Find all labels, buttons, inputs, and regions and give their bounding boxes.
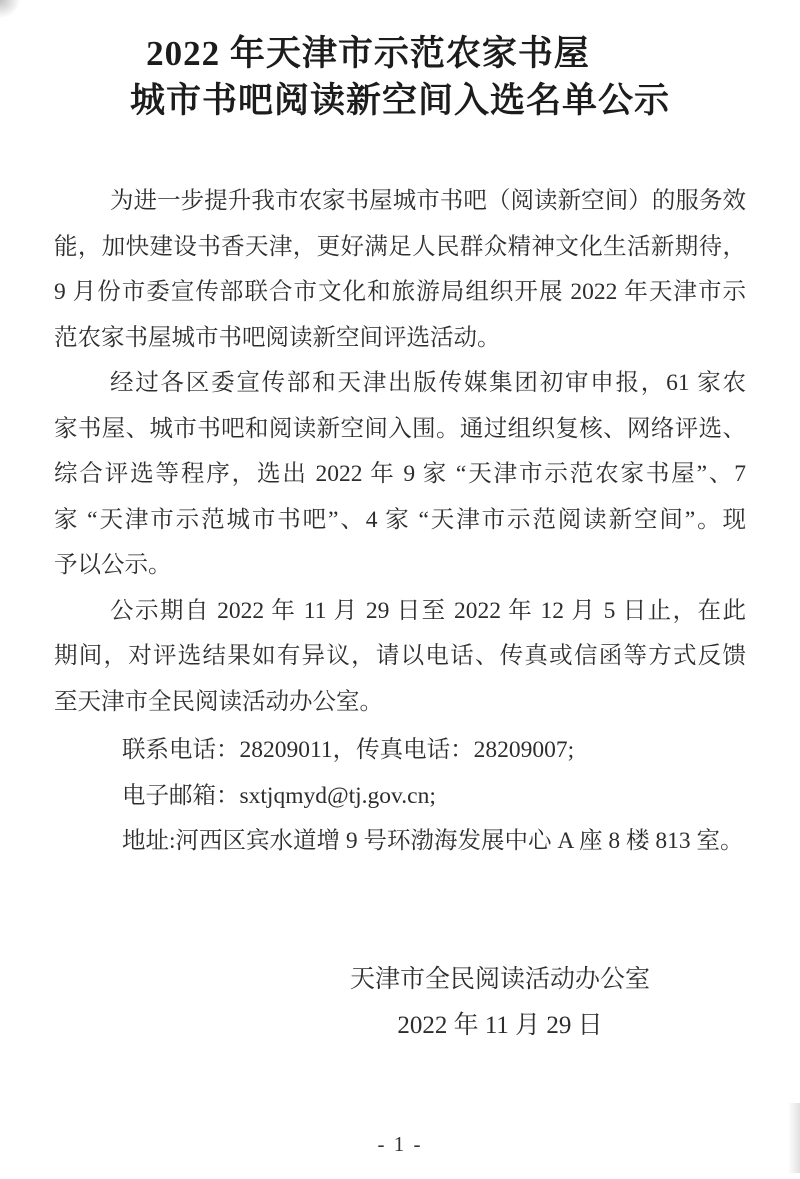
contact-phone-line: 联系电话：28209011，传真电话：28209007; [122,728,760,774]
body-line: 家 “天津市示范城市书吧”、4 家 “天津市示范阅读新空间”。现 [54,498,746,544]
contact-info: 联系电话：28209011，传真电话：28209007; 电子邮箱：sxtjqm… [122,728,760,865]
body-line: 家书屋、城市书吧和阅读新空间入围。通过组织复核、网络评选、 [54,407,746,453]
body-line: 9 月份市委宣传部联合市文化和旅游局组织开展 2022 年天津市示 [54,270,746,316]
body-line: 公示期自 2022 年 11 月 29 日至 2022 年 12 月 5 日止，… [54,589,746,635]
contact-email-line: 电子邮箱：sxtjqmyd@tj.gov.cn; [122,774,760,820]
signature-block: 天津市全民阅读活动办公室 2022 年 11 月 29 日 [200,957,800,1049]
body-line: 综合评选等程序，选出 2022 年 9 家 “天津市示范农家书屋”、7 [54,452,746,498]
scanned-document-page: 2022 年天津市示范农家书屋 城市书吧阅读新空间入选名单公示 为进一步提升我市… [0,0,800,1179]
page-number: - 1 - [0,1132,800,1157]
title-line-1: 2022 年天津市示范农家书屋 [0,30,768,77]
body-line: 期间，对评选结果如有异议，请以电话、传真或信函等方式反馈 [54,634,746,680]
body-line: 经过各区委宣传部和天津出版传媒集团初审申报，61 家农 [54,361,746,407]
contact-address-line: 地址:河西区宾水道增 9 号环渤海发展中心 A 座 8 楼 813 室。 [122,819,760,865]
body-line: 范农家书屋城市书吧阅读新空间评选活动。 [54,316,746,362]
body-line: 予以公示。 [54,543,746,589]
body-line: 能，加快建设书香天津，更好满足人民群众精神文化生活新期待， [54,225,746,271]
body-line: 至天津市全民阅读活动办公室。 [54,680,746,726]
document-body: 为进一步提升我市农家书屋城市书吧（阅读新空间）的服务效 能，加快建设书香天津，更… [54,179,746,725]
document-title: 2022 年天津市示范农家书屋 城市书吧阅读新空间入选名单公示 [0,0,800,124]
signature-organization: 天津市全民阅读活动办公室 [200,957,800,1003]
body-line: 为进一步提升我市农家书屋城市书吧（阅读新空间）的服务效 [54,179,746,225]
signature-date: 2022 年 11 月 29 日 [200,1003,800,1049]
title-line-2: 城市书吧阅读新空间入选名单公示 [0,77,800,124]
